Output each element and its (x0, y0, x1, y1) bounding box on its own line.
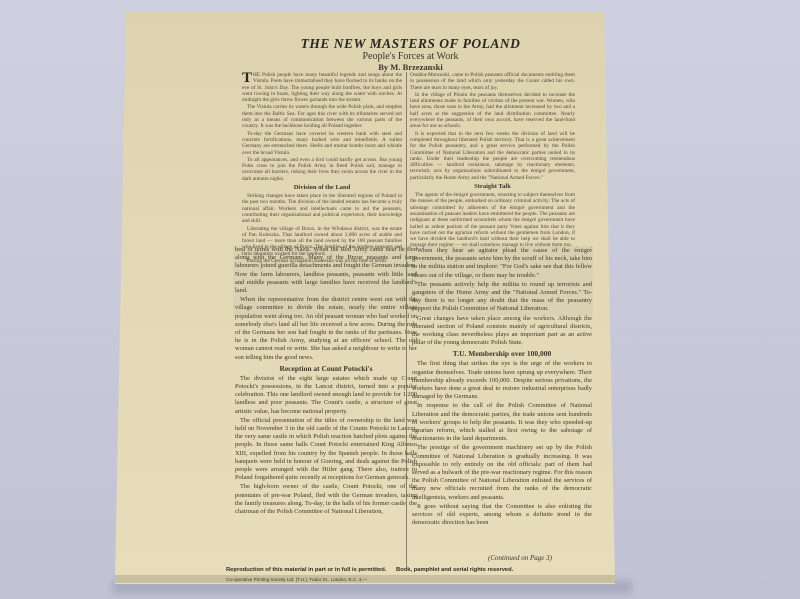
paragraph: In response to the call of the Polish Co… (412, 402, 592, 443)
paragraph: To all appearances, and even a bird coul… (242, 157, 402, 182)
section-heading-reception: Reception at Count Potocki's (235, 364, 417, 373)
paragraph: To-day the Germans have covered its west… (242, 131, 402, 156)
page-content: THE NEW MASTERS OF POLAND People's Force… (238, 14, 583, 584)
paragraph: When they hear an agitator plead the cau… (412, 247, 592, 280)
paragraph: The first thing that strikes the eye is … (412, 360, 592, 401)
left-column-top: THE Polish people have many beautiful le… (242, 72, 402, 275)
column-divider (406, 72, 407, 570)
paragraph: The Vistula carries its waters through t… (242, 104, 402, 129)
rights-reserved-notice: Book, pamphlet and serial rights reserve… (396, 567, 513, 573)
right-column-bottom: When they hear an agitator plead the cau… (412, 247, 592, 555)
paragraph: Osubka-Morawski, came to Polish peasants… (410, 72, 575, 91)
drop-cap: T (242, 72, 252, 84)
paragraph: The division of the eight large estates … (235, 375, 417, 416)
section-heading-division-of-land: Division of the Land (242, 184, 402, 191)
article-title: THE NEW MASTERS OF POLAND (238, 36, 583, 52)
paragraph: The high-born owner of the castle, Count… (235, 483, 417, 516)
paragraph: The peasants actively help the militia t… (412, 281, 592, 314)
article-byline: By M. Brzezanski (238, 62, 583, 72)
paragraph: It is expected that in the next few week… (410, 131, 575, 181)
paragraph: When the representative from the distric… (235, 296, 417, 362)
reproduction-notice: Reproduction of this material in part or… (226, 567, 386, 573)
section-heading-tu-membership: T.U. Membership over 100,000 (412, 349, 592, 358)
section-heading-straight-talk: Straight Talk (410, 183, 575, 190)
continued-note: (Continued on Page 3) (488, 554, 552, 562)
lead-paragraph: THE Polish people have many beautiful le… (242, 72, 402, 103)
printer-imprint: Co-operative Printing Society Ltd. (T.U.… (226, 577, 367, 582)
article-subtitle: People's Forces at Work (238, 51, 583, 62)
paragraph: It goes without saying that the Committe… (412, 503, 592, 528)
paragraph: The official presentation of the titles … (235, 417, 417, 483)
paragraph: Striking changes have taken place in the… (242, 193, 402, 224)
paragraph: In the village of Plonin the peasants th… (410, 92, 575, 130)
paragraph: Great changes have taken place among the… (412, 315, 592, 348)
left-column-bottom: best of terms with the Nazis. When the R… (235, 246, 417, 556)
paragraph: best of terms with the Nazis. When the R… (235, 246, 417, 295)
paragraph: The prestige of the government machinery… (412, 444, 592, 501)
rights-notice: Reproduction of this material in part or… (226, 567, 586, 573)
paragraph: The agents of the émigré government, res… (410, 192, 575, 249)
